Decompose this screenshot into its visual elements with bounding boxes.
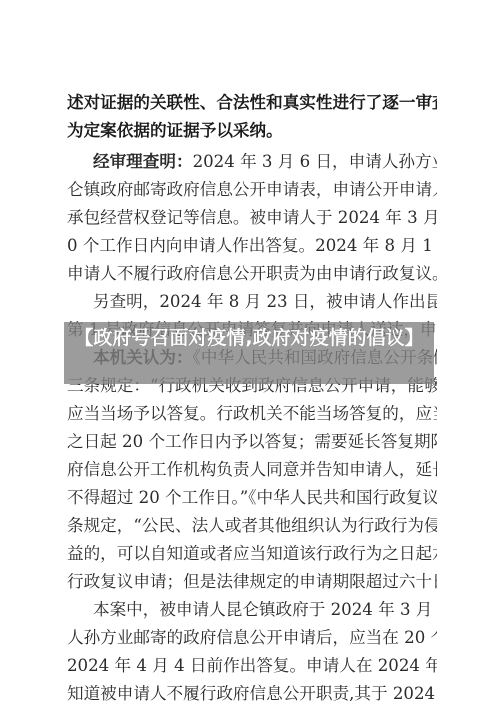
text-line: 益的，可以自知道或者应当知道该行政行为之日起六十日内提出: [67, 543, 437, 565]
line-text: 述对证据的关联性、合法性和真实性进行了逐一审查，对可以作: [67, 93, 437, 112]
line-text: 承包经营权登记等信息。被申请人于 2024 年 3 月 7 签收后未在 2: [67, 208, 437, 227]
line-text: 知道被申请人不履行政府信息公开职责,其于 2024 年 8 月 1 日提: [67, 684, 437, 703]
article-title[interactable]: 【政府号召面对疫情,政府对疫情的倡议】: [64, 324, 434, 352]
text-line: 0 个工作日内向申请人作出答复。2024 年 8 月 1 日，申请人以被: [67, 235, 437, 257]
line-text: 另查明，2024 年 8 月 23 日，被申请人作出昆政依复〔2024〕: [93, 292, 437, 311]
line-text: 2024 年 4 月 4 日前作出答复。申请人在 2024 年 4 月 4 日即…: [67, 656, 437, 675]
line-text: 2024 年 3 月 6 日，申请人孙方业向被申请人昆: [193, 152, 437, 171]
text-line: 另查明，2024 年 8 月 23 日，被申请人作出昆政依复〔2024〕: [93, 291, 437, 313]
text-line: 本案中，被申请人昆仑镇政府于 2024 年 3 月 7 日签收申请: [93, 599, 437, 621]
text-line: 应当当场予以答复。行政机关不能当场答复的，应当自收到申请: [67, 403, 437, 425]
line-text: 府信息公开工作机构负责人同意并告知申请人，延长的期限最长: [67, 460, 437, 479]
line-text: 之日起 20 个工作日内予以答复；需要延长答复期限的，应当经政: [67, 432, 437, 451]
text-line: 承包经营权登记等信息。被申请人于 2024 年 3 月 7 签收后未在 2: [67, 207, 437, 229]
text-line: 述对证据的关联性、合法性和真实性进行了逐一审查，对可以作: [67, 92, 437, 114]
line-text: 益的，可以自知道或者应当知道该行政行为之日起六十日内提出: [67, 544, 437, 563]
text-line: 申请人不履行政府信息公开职责为由申请行政复议。: [67, 263, 437, 285]
text-line: 之日起 20 个工作日内予以答复；需要延长答复期限的，应当经政: [67, 431, 437, 453]
line-text: 0 个工作日内向申请人作出答复。2024 年 8 月 1 日，申请人以被: [67, 236, 437, 255]
text-line: 仑镇政府邮寄政府信息公开申请表，申请公开申请人及其子土地: [67, 179, 437, 201]
line-text: 人孙方业邮寄的政府信息公开申请后，应当在 20 个工作日内即: [67, 628, 437, 647]
line-text: 本案中，被申请人昆仑镇政府于 2024 年 3 月 7 日签收申请: [93, 600, 437, 619]
line-text: 不得超过 20 个工作日。”《中华人民共和国行政复议法》第二十: [67, 488, 437, 507]
text-line: 行政复议申请；但是法律规定的申请期限超过六十日的除外。”: [67, 571, 437, 593]
text-line: 经审理查明：2024 年 3 月 6 日，申请人孙方业向被申请人昆: [93, 151, 437, 173]
paragraph-lead: 经审理查明：: [93, 152, 193, 171]
line-text: 应当当场予以答复。行政机关不能当场答复的，应当自收到申请: [67, 404, 437, 423]
line-text: 为定案依据的证据予以采纳。: [67, 121, 283, 140]
text-line: 为定案依据的证据予以采纳。: [67, 120, 437, 142]
text-line: 人孙方业邮寄的政府信息公开申请后，应当在 20 个工作日内即: [67, 627, 437, 649]
line-text: 行政复议申请；但是法律规定的申请期限超过六十日的除外。”: [67, 572, 437, 591]
line-text: 仑镇政府邮寄政府信息公开申请表，申请公开申请人及其子土地: [67, 180, 437, 199]
text-line: 府信息公开工作机构负责人同意并告知申请人，延长的期限最长: [67, 459, 437, 481]
text-line: 知道被申请人不履行政府信息公开职责,其于 2024 年 8 月 1 日提: [67, 683, 437, 705]
text-line: 不得超过 20 个工作日。”《中华人民共和国行政复议法》第二十: [67, 487, 437, 509]
text-line: 2024 年 4 月 4 日前作出答复。申请人在 2024 年 4 月 4 日即…: [67, 655, 437, 677]
text-line: 条规定，“公民、法人或者其他组织认为行政行为侵犯其合法权: [67, 515, 437, 537]
line-text: 申请人不履行政府信息公开职责为由申请行政复议。: [67, 264, 437, 283]
line-text: 条规定，“公民、法人或者其他组织认为行政行为侵犯其合法权: [67, 516, 437, 535]
